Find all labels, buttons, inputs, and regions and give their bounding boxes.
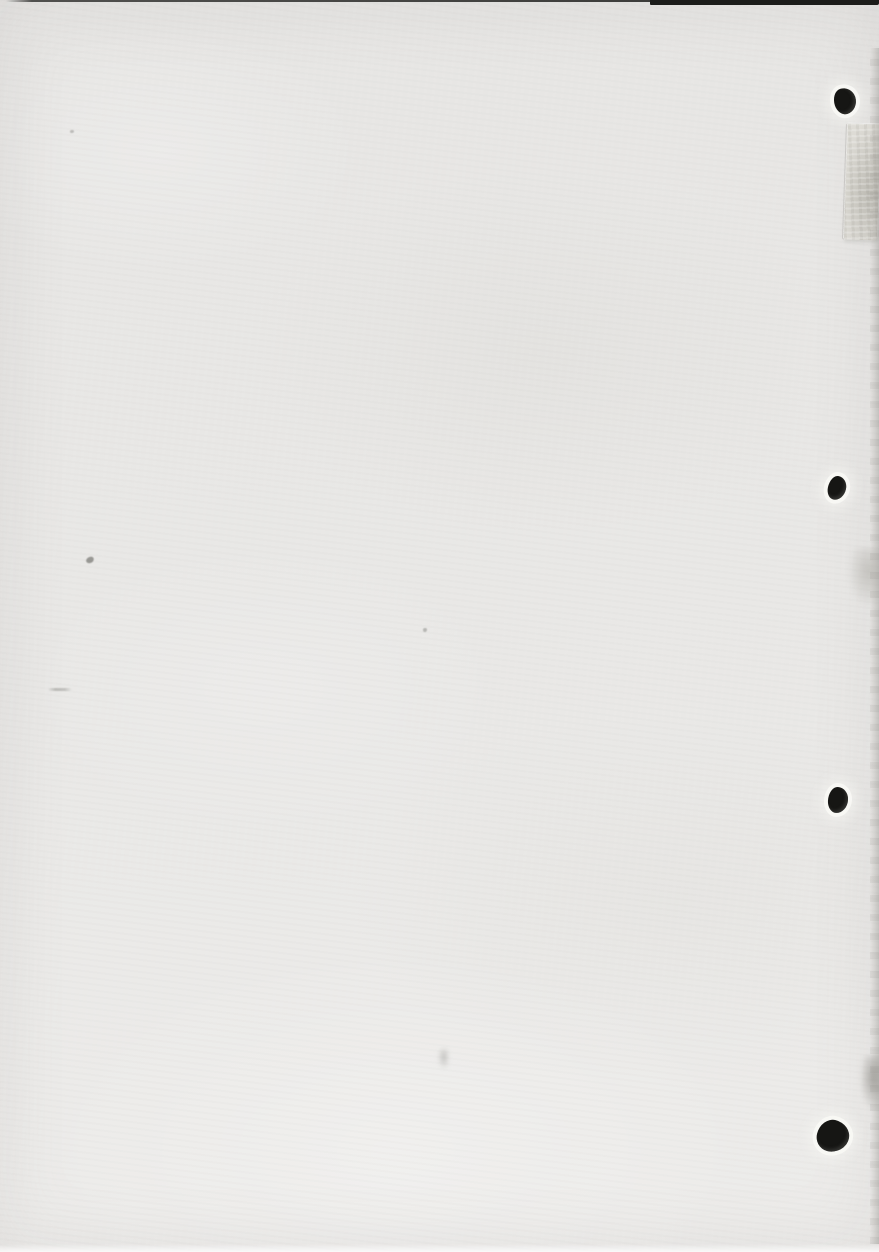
artifact-layer xyxy=(0,0,879,1252)
hole-punch-4 xyxy=(814,1117,853,1156)
right-edge-band xyxy=(870,48,879,1244)
bottom-edge-highlight xyxy=(0,1244,879,1252)
hole-punch-3 xyxy=(827,786,848,813)
top-edge-scan-line-left xyxy=(6,0,654,2)
scanned-blank-page xyxy=(0,0,879,1252)
faint-mark-center-bottom xyxy=(438,1049,448,1069)
hole-punch-1 xyxy=(831,85,860,117)
scratch-left xyxy=(48,688,72,691)
top-edge-scan-line-right xyxy=(650,0,879,5)
speck-center xyxy=(423,628,427,632)
speck-top-left xyxy=(70,130,74,133)
speck-left-margin xyxy=(85,556,95,565)
hole-punch-2 xyxy=(826,474,849,501)
